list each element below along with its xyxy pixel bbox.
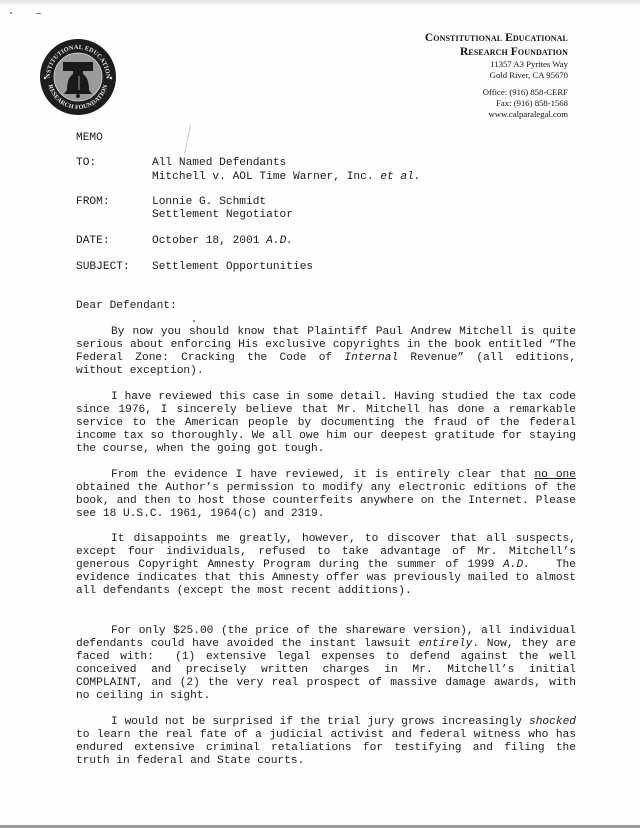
from-line2: Settlement Negotiator (152, 209, 293, 222)
from-line1: Lonnie G. Schmidt (152, 196, 266, 209)
letterhead: Constitutional Educational Research Foun… (425, 31, 568, 120)
paragraph-6: I would not be surprised if the trial ju… (76, 716, 576, 768)
scan-top-edge (0, 0, 640, 6)
subject-value: Settlement Opportunities (152, 261, 313, 274)
fax-number: Fax: (916) 858-1568 (425, 98, 568, 109)
to-line2: Mitchell v. AOL Time Warner, Inc. et al. (152, 171, 421, 184)
scan-stray-mark (184, 125, 191, 155)
date-value: October 18, 2001 A.D. (152, 235, 293, 248)
to-line1: All Named Defendants (152, 157, 286, 170)
salutation: Dear Defendant: (76, 300, 576, 313)
paragraph-4: It disappoints me greatly, however, to d… (76, 533, 576, 598)
liberty-bell-seal-icon: CONSTITUTIONAL EDUCATIONAL RESEARCH FOUN… (39, 38, 117, 116)
address-street: 11357 A3 Pyrites Way (425, 59, 568, 70)
date-label: DATE: (76, 235, 110, 248)
scanned-memo-page: CONSTITUTIONAL EDUCATIONAL RESEARCH FOUN… (0, 0, 640, 828)
org-name-line1: Constitutional Educational (425, 31, 568, 45)
paragraph-3: From the evidence I have reviewed, it is… (76, 469, 576, 521)
subject-label: SUBJECT: (76, 261, 130, 274)
office-phone: Office: (916) 858-CERF (425, 87, 568, 98)
memo-heading: MEMO (76, 132, 103, 145)
from-label: FROM: (76, 196, 110, 209)
address-city: Gold River, CA 95670 (425, 70, 568, 81)
scan-speck (36, 13, 41, 14)
paragraph-5: For only $25.00 (the price of the sharew… (76, 625, 576, 704)
org-name-line2: Research Foundation (425, 45, 568, 59)
scan-speck (10, 12, 12, 14)
scan-speck (193, 320, 195, 322)
paragraph-2: I have reviewed this case in some detail… (76, 391, 576, 456)
to-label: TO: (76, 157, 96, 170)
paragraph-1: By now you should know that Plaintiff Pa… (76, 326, 576, 378)
website: www.calparalegal.com (425, 109, 568, 120)
